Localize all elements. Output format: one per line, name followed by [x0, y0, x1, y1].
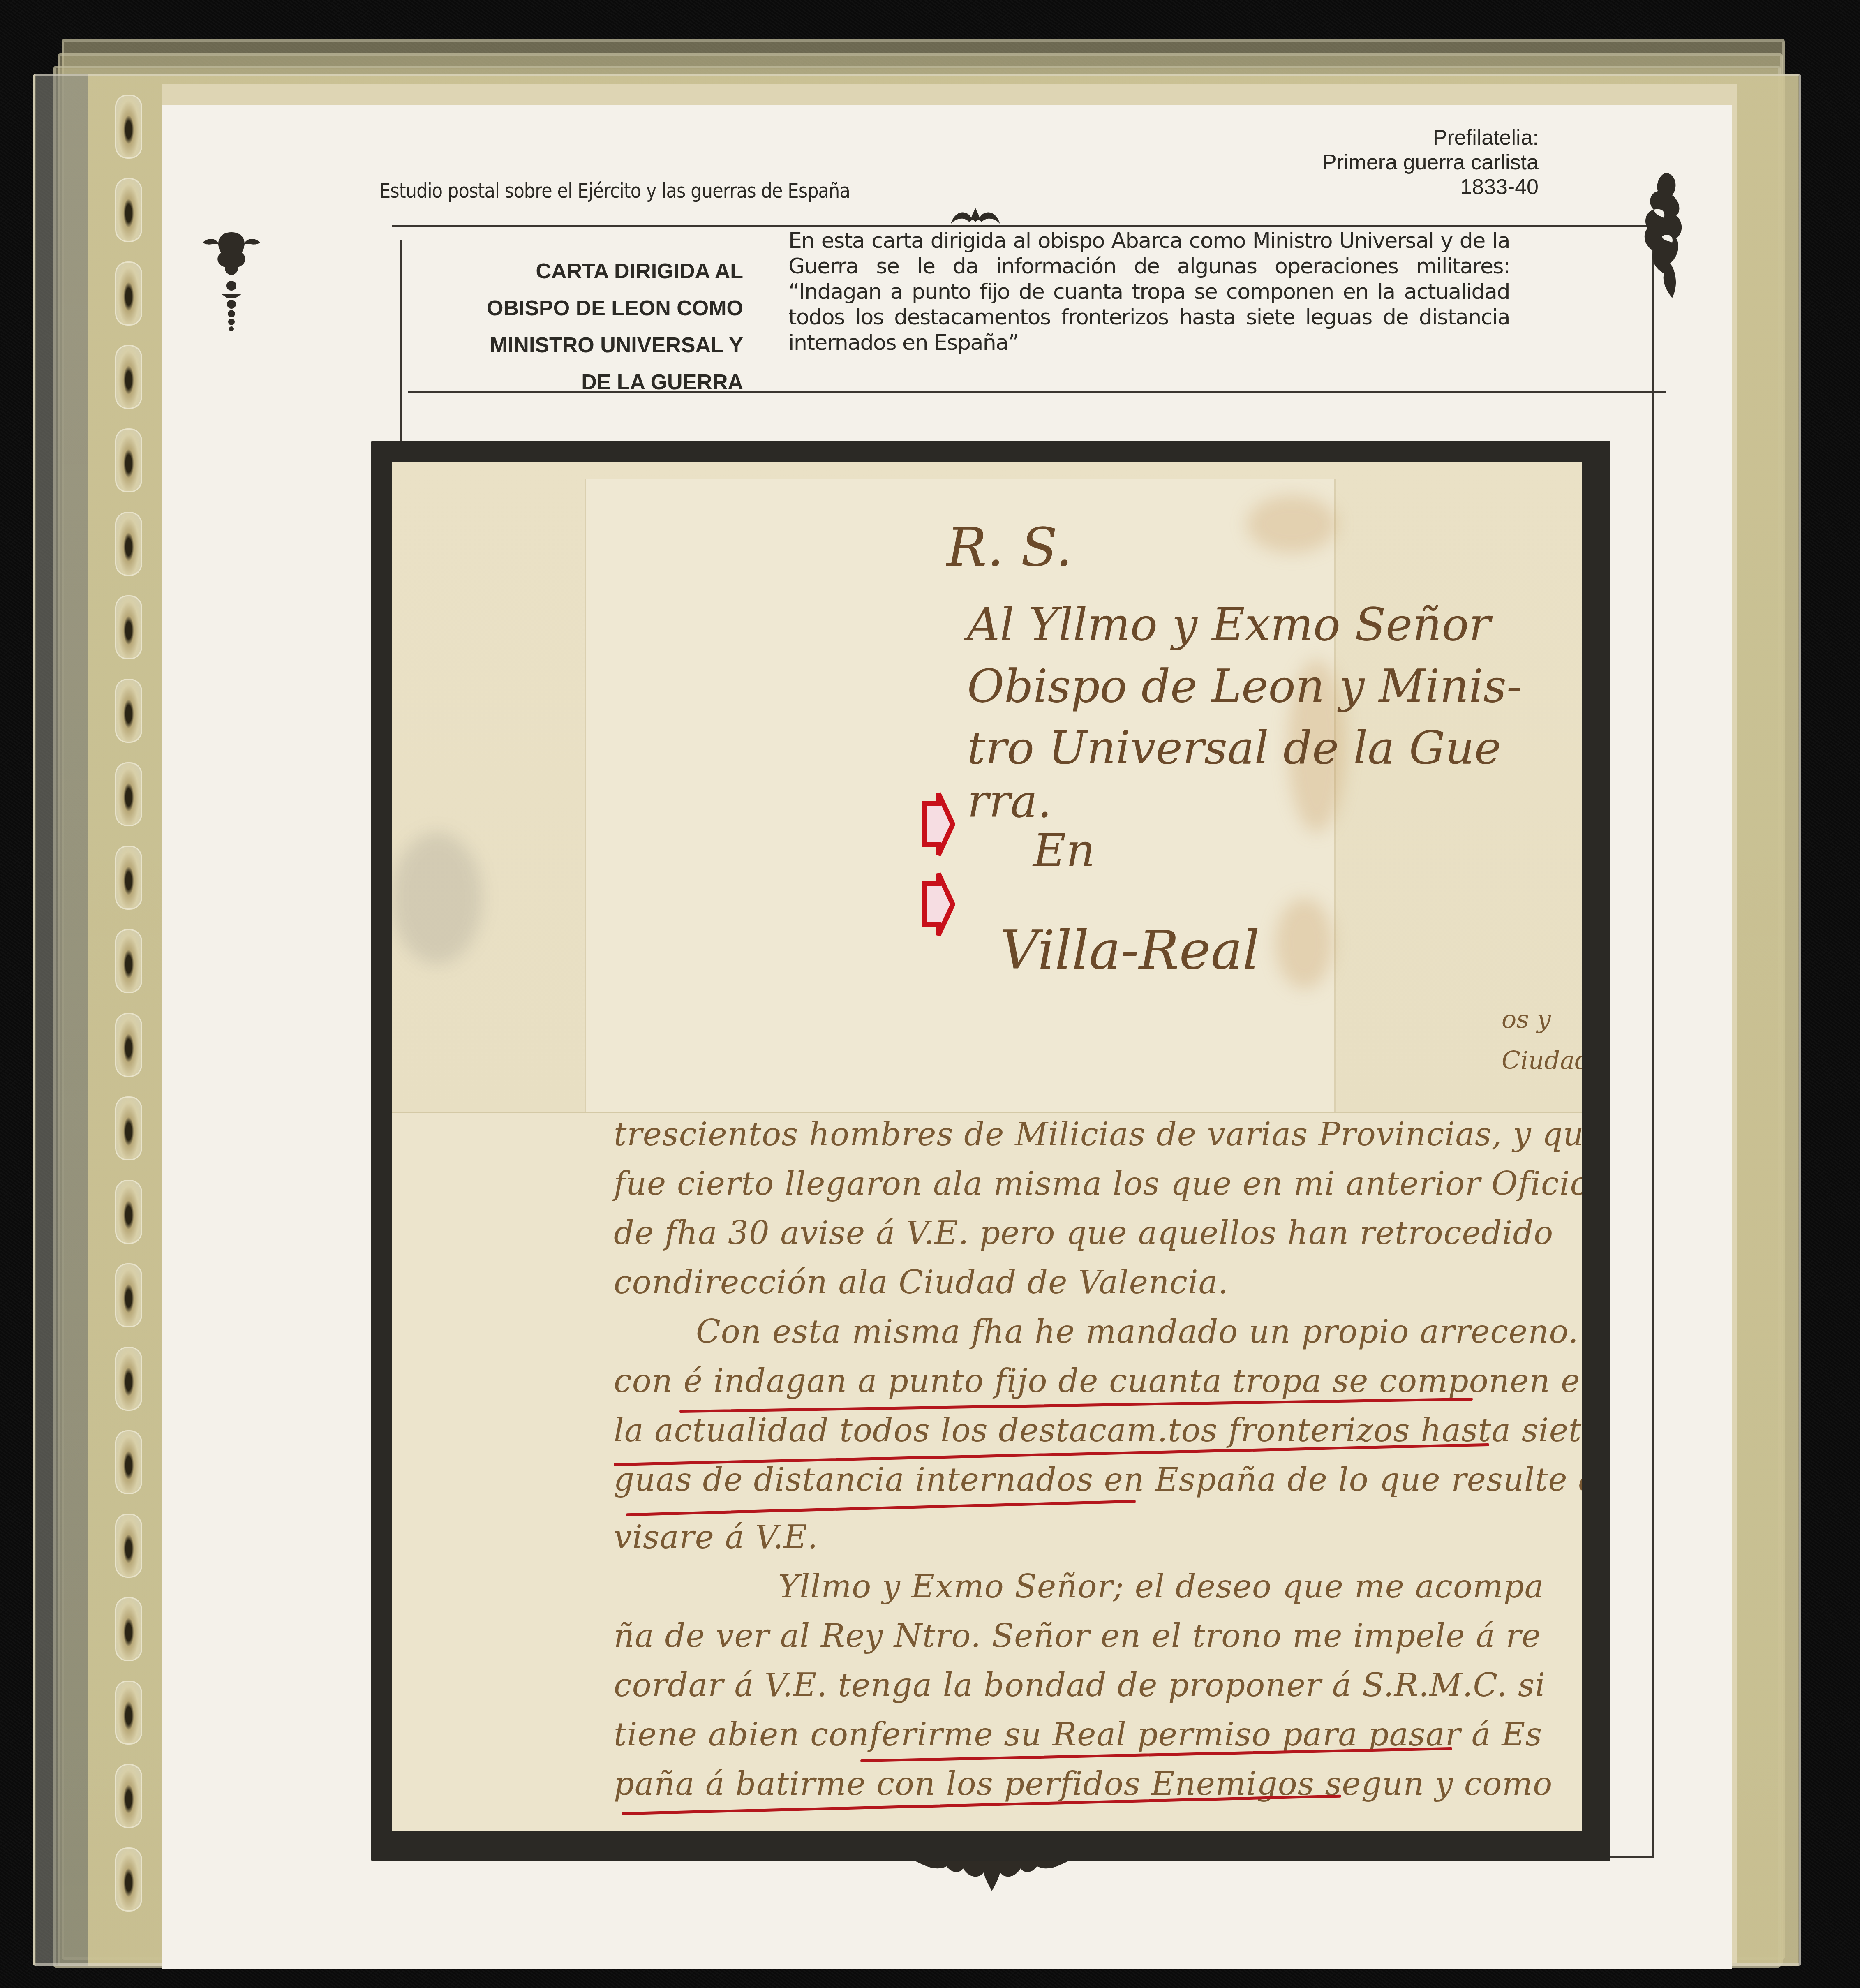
- foxing-stain: [1275, 898, 1333, 989]
- destination-place: Villa-Real: [1000, 919, 1260, 981]
- letter-line: Yllmo y Exmo Señor; el deseo que me acom…: [778, 1568, 1544, 1605]
- letter-line: ña de ver al Rey Ntro. Señor en el trono…: [614, 1618, 1541, 1655]
- exhibit-title-line: OBISPO DE LEON COMO: [408, 290, 743, 327]
- punch-hole: [115, 1263, 142, 1327]
- punch-hole: [115, 95, 142, 159]
- punch-hole: [115, 1681, 142, 1745]
- letter-line: fue cierto llegaron ala misma los que en…: [614, 1165, 1582, 1202]
- punch-hole: [115, 929, 142, 993]
- exhibit-title-line: CARTA DIRIGIDA AL: [408, 253, 743, 290]
- letter-line: Con esta misma fha he mandado un propio …: [696, 1313, 1579, 1350]
- punch-hole: [115, 1096, 142, 1160]
- ornament-top-left-icon: [199, 224, 264, 331]
- punch-hole: [115, 762, 142, 826]
- section-years: 1833-40: [1322, 175, 1539, 199]
- punch-hole: [115, 1180, 142, 1244]
- punch-hole: [115, 1430, 142, 1494]
- punch-hole: [115, 1847, 142, 1912]
- address-en: En: [1033, 824, 1095, 877]
- cover-mark: R. S.: [947, 516, 1072, 578]
- punch-hole: [115, 846, 142, 910]
- exhibit-description: En esta carta dirigida al obispo Abarca …: [788, 228, 1510, 356]
- punch-hole: [115, 1597, 142, 1661]
- punch-hole: [115, 428, 142, 492]
- punch-hole: [115, 1013, 142, 1077]
- letter-line: trescientos hombres de Milicias de varia…: [614, 1116, 1582, 1153]
- punch-hole: [115, 178, 142, 242]
- red-underline: [679, 1398, 1473, 1413]
- frame-rule-right: [1652, 225, 1654, 1857]
- exhibit-title: CARTA DIRIGIDA AL OBISPO DE LEON COMO MI…: [408, 253, 743, 401]
- letter-cover-fold: R. S. Al Yllmo y Exmo Señor Obispo de Le…: [392, 462, 1582, 1113]
- foxing-stain: [1247, 495, 1337, 553]
- address-line: Al Yllmo y Exmo Señor: [967, 598, 1490, 651]
- section-subject: Primera guerra carlista: [1322, 150, 1539, 175]
- letter-line: guas de distancia internados en España d…: [614, 1461, 1582, 1498]
- punch-hole: [115, 345, 142, 409]
- edge-fragment: Ciudad: [1502, 1046, 1582, 1075]
- punch-hole: [115, 1764, 142, 1828]
- collection-title: Estudio postal sobre el Ejército y las g…: [379, 179, 850, 203]
- address-line: rra.: [967, 775, 1052, 828]
- letter-line: de fha 30 avise á V.E. pero que aquellos…: [614, 1215, 1553, 1252]
- punch-hole: [115, 1514, 142, 1578]
- red-underline: [626, 1500, 1136, 1516]
- binder-holes: [103, 95, 152, 1912]
- punch-hole: [115, 512, 142, 576]
- punch-hole: [115, 1347, 142, 1411]
- letter-line: paña á batirme con los perfidos Enemigos…: [614, 1766, 1553, 1803]
- red-pointer-arrow-icon: [922, 791, 955, 857]
- red-pointer-arrow-icon: [922, 871, 955, 937]
- letter-line: visare á V.E.: [614, 1519, 818, 1556]
- section-heading: Prefilatelia: Primera guerra carlista 18…: [1322, 125, 1539, 199]
- historic-letter: R. S. Al Yllmo y Exmo Señor Obispo de Le…: [392, 462, 1582, 1831]
- punch-hole: [115, 679, 142, 743]
- exhibit-title-line: MINISTRO UNIVERSAL Y: [408, 327, 743, 364]
- letter-line: con é indagan a punto fijo de cuanta tro…: [614, 1363, 1582, 1400]
- griffin-ornament-icon: [1637, 171, 1691, 306]
- edge-fragment: os y: [1502, 1005, 1551, 1034]
- section-label: Prefilatelia:: [1322, 125, 1539, 150]
- frame-rule-top: [392, 225, 1666, 227]
- letter-line: condirección ala Ciudad de Valencia.: [614, 1264, 1229, 1301]
- punch-hole: [115, 595, 142, 659]
- address-line: Obispo de Leon y Minis-: [967, 660, 1522, 712]
- letter-line: cordar á V.E. tenga la bondad de propone…: [614, 1667, 1546, 1704]
- shadow-stain: [392, 832, 482, 964]
- address-line: tro Universal de la Gue: [967, 721, 1501, 774]
- punch-hole: [115, 261, 142, 326]
- album-page: Estudio postal sobre el Ejército y las g…: [162, 105, 1732, 1969]
- letter-line: la actualidad todos los destacam.tos fro…: [614, 1412, 1582, 1449]
- exhibit-title-line: DE LA GUERRA: [408, 364, 743, 401]
